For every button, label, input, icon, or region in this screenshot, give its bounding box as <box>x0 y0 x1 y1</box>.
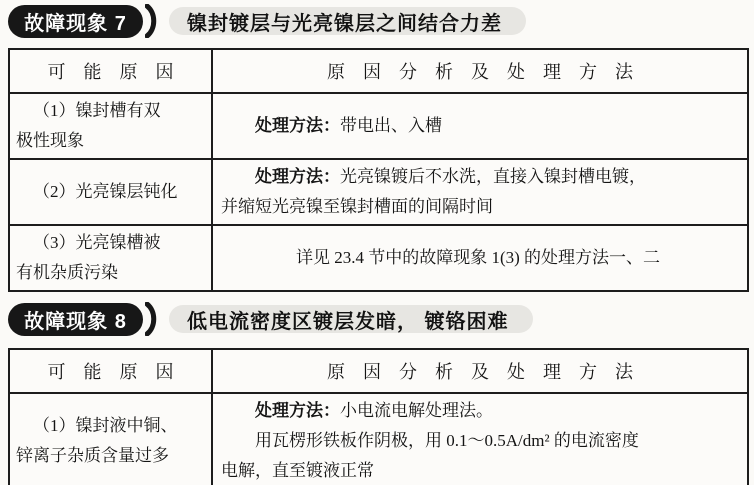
fault-badge-7: 故障现象 7 <box>8 5 143 38</box>
column-header-cause: 可 能 原 因 <box>9 349 212 393</box>
table-row: （2）光亮镍层钝化 处理方法：光亮镍镀后不水洗，直接入镍封槽电镀， 并缩短光亮镍… <box>9 159 748 225</box>
column-header-analysis: 原 因 分 析 及 处 理 方 法 <box>212 49 748 93</box>
fault-table-7: 可 能 原 因 原 因 分 析 及 处 理 方 法 （1）镍封槽有双 极性现象 … <box>8 48 749 292</box>
analysis-cell: 处理方法：光亮镍镀后不水洗，直接入镍封槽电镀， 并缩短光亮镍至镍封槽面的间隔时间 <box>212 159 748 225</box>
fault-table-8: 可 能 原 因 原 因 分 析 及 处 理 方 法 （1）镍封液中铜、 锌离子杂… <box>8 348 749 485</box>
method-text: 用瓦楞形铁板作阴极，用 0.1～0.5A/dm² 的电流密度 电解，直至镀液正常 <box>221 431 639 480</box>
cause-cell: （3）光亮镍槽被 有机杂质污染 <box>9 225 212 291</box>
cause-cell: （1）镍封液中铜、 锌离子杂质含量过多 <box>9 393 212 485</box>
section-header-7: 故障现象 7 镍封镀层与光亮镍层之间结合力差 <box>8 4 526 38</box>
cause-cell: （1）镍封槽有双 极性现象 <box>9 93 212 159</box>
table-row: （3）光亮镍槽被 有机杂质污染 详见 23.4 节中的故障现象 1(3) 的处理… <box>9 225 748 291</box>
fault-badge-8: 故障现象 8 <box>8 303 143 336</box>
section-title-bar: 镍封镀层与光亮镍层之间结合力差 <box>169 7 526 35</box>
section-title-bar: 低电流密度区镀层发暗， 镀铬困难 <box>169 305 533 333</box>
cause-cell: （2）光亮镍层钝化 <box>9 159 212 225</box>
method-text: 带电出、入槽 <box>340 116 442 135</box>
analysis-cell: 处理方法：小电流电解处理法。 用瓦楞形铁板作阴极，用 0.1～0.5A/dm² … <box>212 393 748 485</box>
section-header-8: 故障现象 8 低电流密度区镀层发暗， 镀铬困难 <box>8 302 533 336</box>
column-header-analysis: 原 因 分 析 及 处 理 方 法 <box>212 349 748 393</box>
analysis-paragraph: 用瓦楞形铁板作阴极，用 0.1～0.5A/dm² 的电流密度 电解，直至镀液正常 <box>221 426 735 485</box>
method-label: 处理方法： <box>255 167 340 186</box>
method-label: 处理方法： <box>255 116 340 135</box>
analysis-cell: 处理方法：带电出、入槽 <box>212 93 748 159</box>
reference-text: 详见 23.4 节中的故障现象 1(3) 的处理方法一、二 <box>296 248 660 267</box>
badge-tail-arc-icon <box>145 302 159 336</box>
analysis-paragraph: 处理方法：带电出、入槽 <box>221 111 735 141</box>
section-title: 低电流密度区镀层发暗， 镀铬困难 <box>187 305 509 334</box>
method-text: 小电流电解处理法。 <box>340 401 493 420</box>
section-title: 镍封镀层与光亮镍层之间结合力差 <box>187 7 502 36</box>
column-header-cause: 可 能 原 因 <box>9 49 212 93</box>
analysis-paragraph: 处理方法：光亮镍镀后不水洗，直接入镍封槽电镀， 并缩短光亮镍至镍封槽面的间隔时间 <box>221 162 735 222</box>
scanned-document-page: 故障现象 7 镍封镀层与光亮镍层之间结合力差 可 能 原 因 原 因 分 析 及… <box>0 0 754 485</box>
table-header-row: 可 能 原 因 原 因 分 析 及 处 理 方 法 <box>9 49 748 93</box>
table-row: （1）镍封槽有双 极性现象 处理方法：带电出、入槽 <box>9 93 748 159</box>
analysis-paragraph: 详见 23.4 节中的故障现象 1(3) 的处理方法一、二 <box>221 243 735 273</box>
analysis-paragraph: 处理方法：小电流电解处理法。 <box>221 396 735 426</box>
table-row: （1）镍封液中铜、 锌离子杂质含量过多 处理方法：小电流电解处理法。 用瓦楞形铁… <box>9 393 748 485</box>
analysis-cell: 详见 23.4 节中的故障现象 1(3) 的处理方法一、二 <box>212 225 748 291</box>
table-header-row: 可 能 原 因 原 因 分 析 及 处 理 方 法 <box>9 349 748 393</box>
method-label: 处理方法： <box>255 401 340 420</box>
badge-tail-arc-icon <box>145 4 159 38</box>
